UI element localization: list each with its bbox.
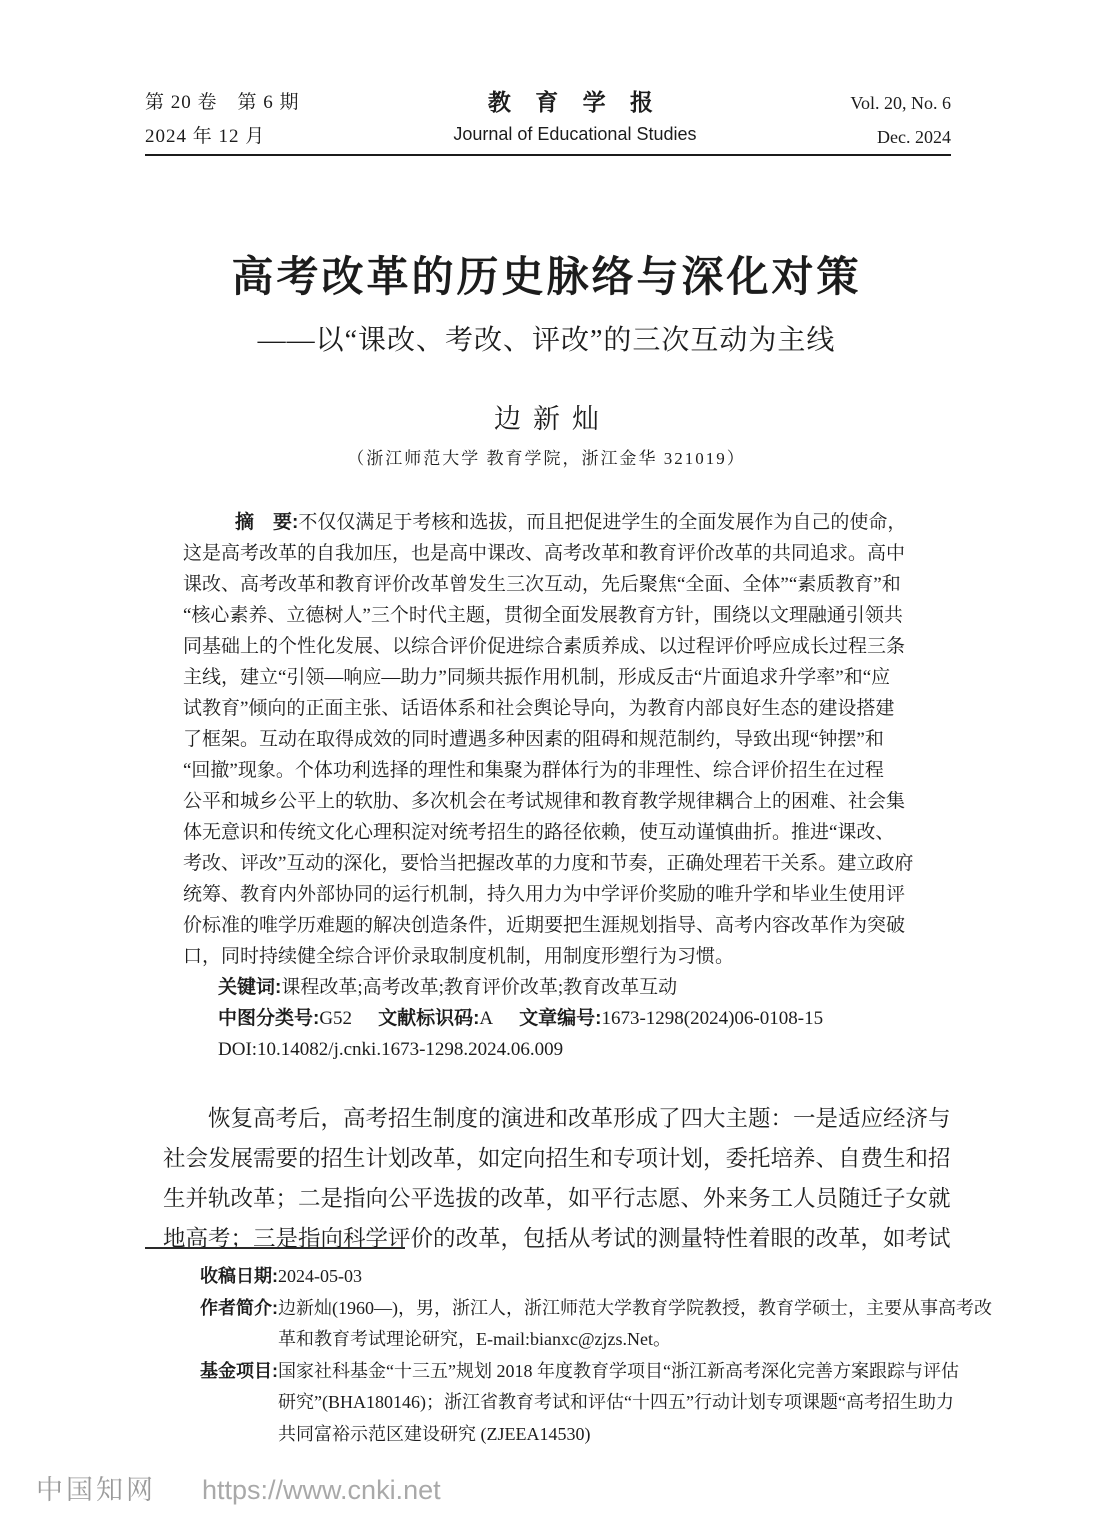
funding-label: 基金项目:	[200, 1356, 278, 1388]
keywords-text: 课程改革;高考改革;教育评价改革;教育改革互动	[281, 977, 677, 998]
journal-page: 第 20 卷 第 6 期 2024 年 12 月 教 育 学 报 Journal…	[0, 0, 1093, 1536]
doc-code-value: A	[479, 1008, 493, 1029]
header-left: 第 20 卷 第 6 期 2024 年 12 月	[145, 86, 300, 154]
received-date-value: 2024-05-03	[278, 1261, 362, 1293]
abstract-first-text: 不仅仅满足于考核和选拔，而且把促进学生的全面发展作为自己的使命，	[298, 512, 906, 533]
date-en: Dec. 2024	[850, 120, 951, 154]
abstract-first-line: 摘 要:不仅仅满足于考核和选拔，而且把促进学生的全面发展作为自己的使命，	[183, 507, 903, 538]
doc-code-label: 文献标识码:	[378, 1008, 479, 1029]
author-bio-text: 边新灿(1960—)，男，浙江人，浙江师范大学教育学院教授，教育学硕士，主要从事…	[278, 1293, 992, 1356]
volume-issue-cn: 第 20 卷 第 6 期	[145, 86, 300, 120]
author-affiliation: （浙江师范大学 教育学院，浙江金华 321019）	[0, 444, 1093, 469]
author-name: 边新灿	[0, 397, 1093, 436]
header-divider	[145, 154, 951, 156]
clc-label: 中图分类号:	[218, 1008, 319, 1029]
footnotes: 收稿日期: 2024-05-03 作者简介: 边新灿(1960—)，男，浙江人，…	[200, 1261, 973, 1450]
author-bio-label: 作者简介:	[200, 1293, 278, 1325]
header-center: 教 育 学 报 Journal of Educational Studies	[453, 86, 696, 150]
funding-row: 基金项目: 国家社科基金“十三五”规划 2018 年度教育学项目“浙江新高考深化…	[200, 1356, 973, 1451]
clc-value: G52	[319, 1008, 352, 1029]
cnki-brand-text: 中国知网	[36, 1468, 156, 1507]
article-no-value: 1673-1298(2024)06-0108-15	[601, 1008, 823, 1029]
funding-text: 国家社科基金“十三五”规划 2018 年度教育学项目“浙江新高考深化完善方案跟踪…	[278, 1356, 959, 1451]
footnote-divider	[145, 1247, 405, 1249]
volume-issue-en: Vol. 20, No. 6	[850, 86, 951, 120]
article-no-label: 文章编号:	[519, 1008, 601, 1029]
keywords-line: 关键词:课程改革;高考改革;教育评价改革;教育改革互动	[183, 972, 903, 1003]
journal-title-en: Journal of Educational Studies	[453, 118, 696, 150]
page-footer: 中国知网 https://www.cnki.net	[36, 1468, 441, 1507]
journal-title-cn: 教 育 学 报	[453, 86, 696, 118]
abstract-block: 摘 要:不仅仅满足于考核和选拔，而且把促进学生的全面发展作为自己的使命， 这是高…	[183, 507, 903, 1065]
received-date-row: 收稿日期: 2024-05-03	[200, 1261, 973, 1293]
header-right: Vol. 20, No. 6 Dec. 2024	[850, 86, 951, 154]
article-title: 高考改革的历史脉络与深化对策	[0, 244, 1093, 304]
article-subtitle: ——以“课改、考改、评改”的三次互动为主线	[0, 318, 1093, 358]
doi-line: DOI:10.14082/j.cnki.1673-1298.2024.06.00…	[183, 1034, 903, 1065]
body-paragraph: 恢复高考后，高考招生制度的演进和改革形成了四大主题：一是适应经济与 社会发展需要…	[163, 1099, 947, 1259]
abstract-body: 这是高考改革的自我加压，也是高中课改、高考改革和教育评价改革的共同追求。高中 课…	[183, 538, 903, 972]
author-bio-row: 作者简介: 边新灿(1960—)，男，浙江人，浙江师范大学教育学院教授，教育学硕…	[200, 1293, 973, 1356]
journal-header: 第 20 卷 第 6 期 2024 年 12 月 教 育 学 报 Journal…	[145, 86, 951, 154]
date-cn: 2024 年 12 月	[145, 120, 300, 154]
cnki-url: https://www.cnki.net	[202, 1475, 441, 1506]
abstract-label: 摘 要:	[235, 512, 298, 533]
classification-line: 中图分类号:G52文献标识码:A文章编号:1673-1298(2024)06-0…	[183, 1003, 903, 1034]
keywords-label: 关键词:	[218, 977, 281, 998]
received-date-label: 收稿日期:	[200, 1261, 278, 1293]
